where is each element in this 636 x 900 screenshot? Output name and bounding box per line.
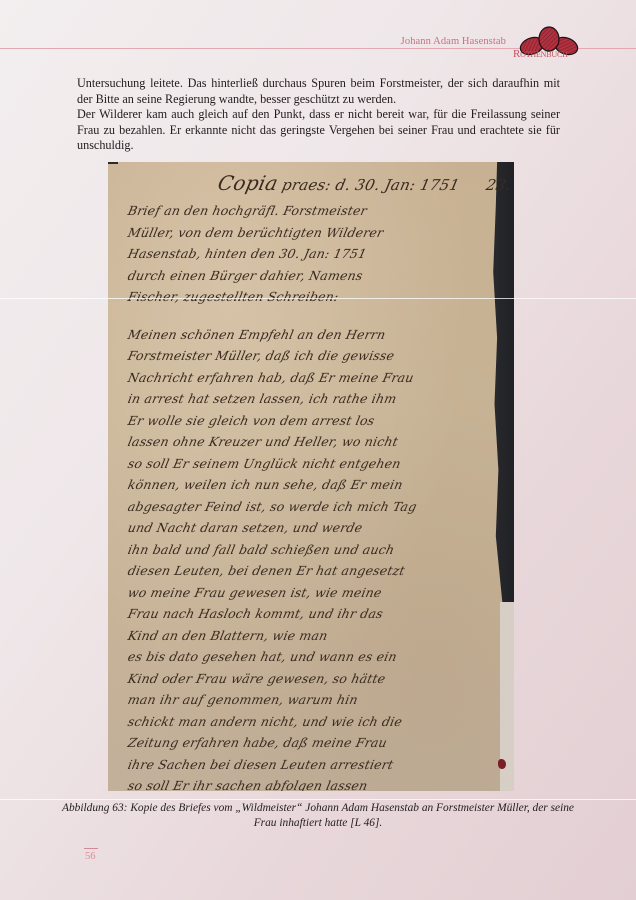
logo-wordmark: Rothenbuch — [513, 48, 568, 60]
letter-address-line: Hasenstab, hinten den 30. Jan: 1751 — [126, 243, 486, 265]
letter-body-line: Zeitung erfahren habe, daß meine Frau — [126, 732, 486, 754]
letter-address-line: Müller, von dem berüchtigten Wilderer — [126, 222, 486, 244]
letter-body-line: in arrest hat setzen lassen, ich rathe i… — [126, 388, 486, 410]
page-rule — [0, 298, 636, 299]
letter-body-line: abgesagter Feind ist, so werde ich mich … — [126, 496, 486, 518]
letter-body-line: wo meine Frau gewesen ist, wie meine — [126, 582, 486, 604]
letter-body-line: es bis dato gesehen hat, und wann es ein — [126, 646, 486, 668]
letter-body-line: können, weilen ich nun sehe, daß Er mein — [126, 474, 486, 496]
handwritten-letter-text: Copia praes: d. 30. Jan: 1751 23. Brief … — [128, 168, 483, 791]
letter-body-line: ihre Sachen bei diesen Leuten arrestiert — [126, 754, 486, 776]
letter-heading: Copia — [216, 171, 281, 195]
letter-address-line: Brief an den hochgräfl. Forstmeister — [126, 200, 486, 222]
letter-body-line: so soll Er seinem Unglück nicht entgehen — [126, 453, 486, 475]
wax-seal-mark — [498, 759, 506, 769]
paragraph: Der Wilderer kam auch gleich auf den Pun… — [77, 107, 560, 154]
letter-body-line: man ihr auf genommen, warum hin — [126, 689, 486, 711]
letter-page-mark: 23. — [484, 176, 512, 194]
page-number-rule — [84, 848, 98, 849]
letter-address-line: durch einen Bürger dahier, Namens — [126, 265, 486, 287]
letter-body-line: Frau nach Hasloch kommt, und ihr das — [126, 603, 486, 625]
letter-body-line: und Nacht daran setzen, und werde — [126, 517, 486, 539]
scan-dark-border — [488, 162, 514, 602]
letter-body-line: ihn bald und fall bald schießen und auch — [126, 539, 486, 561]
letter-body-line: schickt man andern nicht, und wie ich di… — [126, 711, 486, 733]
figure-caption: Abbildung 63: Kopie des Briefes vom „Wil… — [60, 801, 576, 831]
page-rule — [0, 799, 636, 800]
body-text: Untersuchung leitete. Das hinterließ dur… — [77, 76, 560, 154]
letter-body-line: Nachricht erfahren hab, daß Er meine Fra… — [126, 367, 486, 389]
letter-body-line: lassen ohne Kreuzer und Heller, wo nicht — [126, 431, 486, 453]
letter-body-line: Forstmeister Müller, daß ich die gewisse — [126, 345, 486, 367]
letter-body-line: Kind an den Blattern, wie man — [126, 625, 486, 647]
letter-body-line: Er wolle sie gleich von dem arrest los — [126, 410, 486, 432]
paragraph: Untersuchung leitete. Das hinterließ dur… — [77, 76, 560, 107]
letter-address-line: Fischer, zugestellten Schreiben: — [126, 286, 486, 308]
running-header-title: Johann Adam Hasenstab — [401, 36, 506, 47]
letter-body-line: Kind oder Frau wäre gewesen, so hätte — [126, 668, 486, 690]
letter-body-line: Meinen schönen Empfehl an den Herrn — [126, 324, 486, 346]
letter-body-line: so soll Er ihr sachen abfolgen lassen — [126, 775, 486, 791]
letter-heading-line: Copia praes: d. 30. Jan: 1751 23. — [125, 168, 487, 200]
letter-body-line: diesen Leuten, bei denen Er hat angesetz… — [126, 560, 486, 582]
page-number: 56 — [85, 851, 96, 862]
letter-image: Copia praes: d. 30. Jan: 1751 23. Brief … — [108, 162, 514, 791]
scan-edge — [108, 162, 118, 164]
letter-date-note: praes: d. 30. Jan: 1751 — [280, 176, 461, 194]
